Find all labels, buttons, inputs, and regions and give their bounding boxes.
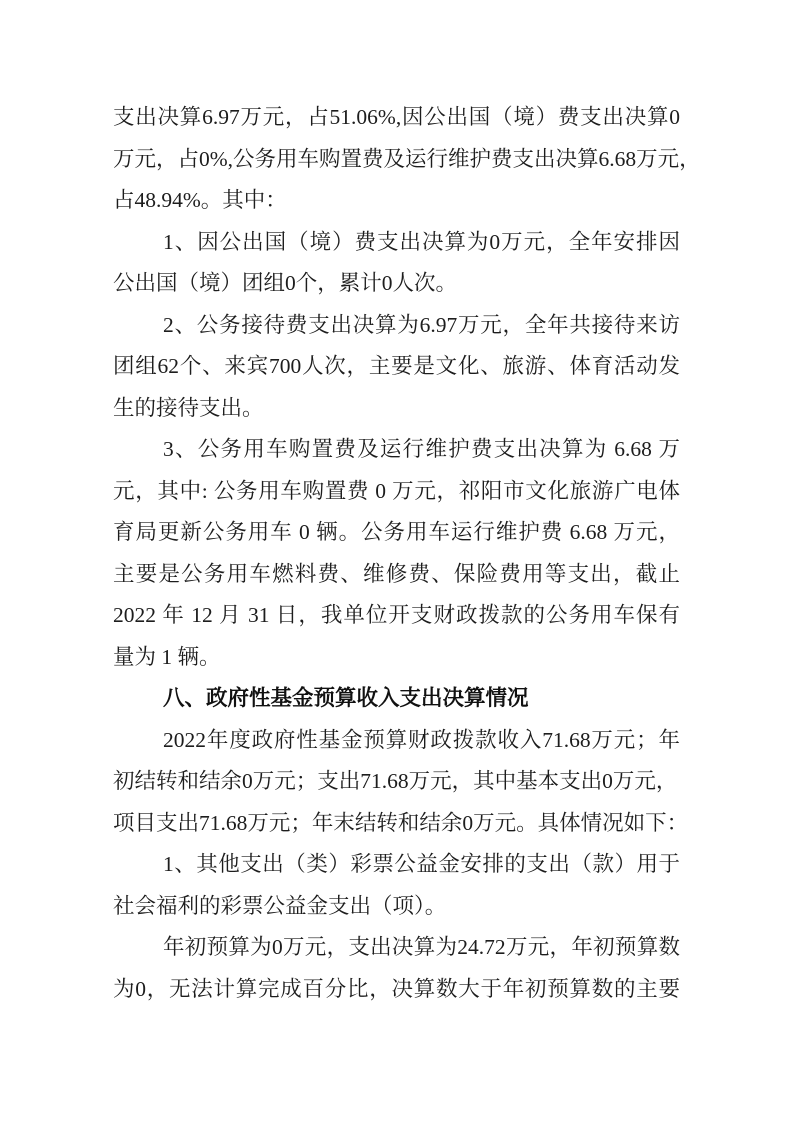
heading-line: 八、政府性基金预算收入支出决算情况 <box>113 678 793 720</box>
paragraph: 1、其他支出（类）彩票公益金安排的支出（款）用于社会福利的彩票公益金支出（项）。 <box>113 844 793 927</box>
text-line: 社会福利的彩票公益金支出（项）。 <box>113 886 793 928</box>
text-line: 1、其他支出（类）彩票公益金安排的支出（款）用于 <box>113 844 680 886</box>
text-line: 生的接待支出。 <box>113 388 793 430</box>
text-line: 1、因公出国（境）费支出决算为0万元，全年安排因 <box>113 222 680 264</box>
text-line: 3、公务用车购置费及运行维护费支出决算为 6.68 万 <box>113 429 680 471</box>
text-line: 万元，占0%,公务用车购置费及运行维护费支出决算6.68万元， <box>113 139 793 181</box>
text-line: 公出国（境）团组0个，累计0人次。 <box>113 263 793 305</box>
paragraph: 年初预算为0万元，支出决算为24.72万元，年初预算数为0，无法计算完成百分比，… <box>113 927 793 1010</box>
text-line: 2022 年 12 月 31 日，我单位开支财政拨款的公务用车保有 <box>113 595 680 637</box>
text-line: 2022年度政府性基金预算财政拨款收入71.68万元；年 <box>113 720 680 762</box>
text-line: 支出决算6.97万元，占51.06%,因公出国（境）费支出决算0 <box>113 97 680 139</box>
text-line: 年初预算为0万元，支出决算为24.72万元，年初预算数 <box>113 927 680 969</box>
text-line: 占48.94%。其中： <box>113 180 793 222</box>
paragraph: 2022年度政府性基金预算财政拨款收入71.68万元；年初结转和结余0万元；支出… <box>113 720 793 845</box>
paragraph: 支出决算6.97万元，占51.06%,因公出国（境）费支出决算0万元，占0%,公… <box>113 97 793 222</box>
paragraph: 2、公务接待费支出决算为6.97万元，全年共接待来访团组62个、来宾700人次，… <box>113 305 793 430</box>
text-line: 项目支出71.68万元；年末结转和结余0万元。具体情况如下： <box>113 803 793 845</box>
document-page: 支出决算6.97万元，占51.06%,因公出国（境）费支出决算0万元，占0%,公… <box>0 0 793 1122</box>
text-line: 初结转和结余0万元；支出71.68万元，其中基本支出0万元， <box>113 761 793 803</box>
text-line: 量为 1 辆。 <box>113 637 793 679</box>
text-line: 育局更新公务用车 0 辆。公务用车运行维护费 6.68 万元， <box>113 512 680 554</box>
paragraph: 1、因公出国（境）费支出决算为0万元，全年安排因公出国（境）团组0个，累计0人次… <box>113 222 793 305</box>
text-line: 主要是公务用车燃料费、维修费、保险费用等支出，截止 <box>113 554 680 596</box>
text-line: 团组62个、来宾700人次，主要是文化、旅游、体育活动发 <box>113 346 680 388</box>
section-heading: 八、政府性基金预算收入支出决算情况 <box>113 678 793 720</box>
text-line: 为0，无法计算完成百分比，决算数大于年初预算数的主要 <box>113 969 680 1011</box>
text-line: 元，其中: 公务用车购置费 0 万元，祁阳市文化旅游广电体 <box>113 471 680 513</box>
paragraph: 3、公务用车购置费及运行维护费支出决算为 6.68 万元，其中: 公务用车购置费… <box>113 429 793 678</box>
text-line: 2、公务接待费支出决算为6.97万元，全年共接待来访 <box>113 305 680 347</box>
